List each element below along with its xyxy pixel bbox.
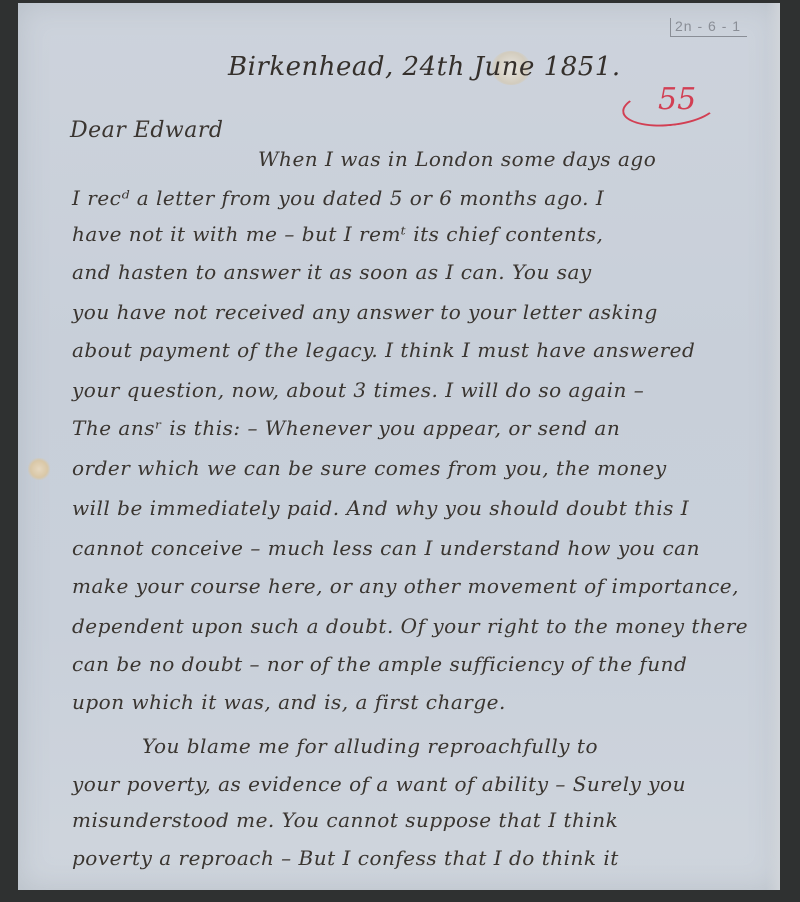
paper-tear-mark xyxy=(28,458,50,480)
letter-line: dependent upon such a doubt. Of your rig… xyxy=(72,614,748,638)
letter-line: upon which it was, and is, a first charg… xyxy=(72,690,506,714)
letter-line: When I was in London some days ago xyxy=(258,147,656,171)
letter-line: have not it with me – but I remᵗ its chi… xyxy=(72,222,603,246)
letter-line: You blame me for alluding reproachfully … xyxy=(142,734,598,758)
letter-line: about payment of the legacy. I think I m… xyxy=(72,338,695,362)
letter-line: poverty a reproach – But I confess that … xyxy=(72,846,619,870)
letter-line: order which we can be sure comes from yo… xyxy=(72,456,667,480)
letter-line: make your course here, or any other move… xyxy=(72,574,739,598)
letter-line: your question, now, about 3 times. I wil… xyxy=(72,378,644,402)
letter-line: The ansʳ is this: – Whenever you appear,… xyxy=(72,416,620,440)
letter-line: your poverty, as evidence of a want of a… xyxy=(72,772,686,796)
letter-line: and hasten to answer it as soon as I can… xyxy=(72,260,592,284)
letter-line: misunderstood me. You cannot suppose tha… xyxy=(72,808,618,832)
letter-line: will be immediately paid. And why you sh… xyxy=(72,496,689,520)
letter-line: you have not received any answer to your… xyxy=(72,300,658,324)
archive-reference: 2n - 6 - 1 xyxy=(670,18,747,37)
place-date-line: Birkenhead, 24th June 1851. xyxy=(228,52,621,82)
letter-line: I recᵈ a letter from you dated 5 or 6 mo… xyxy=(72,186,604,210)
folio-number: 55 xyxy=(658,82,696,117)
salutation: Dear Edward xyxy=(70,118,223,143)
letter-line: cannot conceive – much less can I unders… xyxy=(72,536,700,560)
letter-line: can be no doubt – nor of the ample suffi… xyxy=(72,652,687,676)
